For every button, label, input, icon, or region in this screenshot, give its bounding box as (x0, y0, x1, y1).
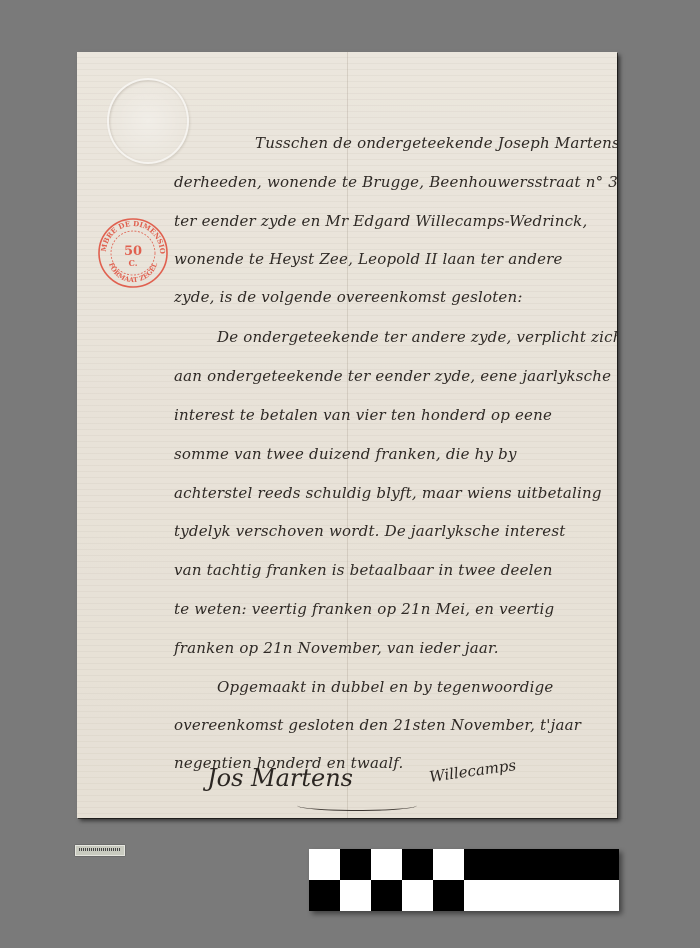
text-line: van tachtig franken is betaalbaar in twe… (174, 561, 553, 579)
calibration-cell (371, 849, 402, 880)
text-line: Tusschen de ondergeteekende Joseph Marte… (255, 134, 617, 152)
text-line: interest te betalen van vier ten honderd… (174, 406, 552, 424)
calibration-cell (402, 880, 433, 911)
calibration-cell (433, 880, 464, 911)
signature-martens: Jos Martens (207, 764, 353, 792)
calibration-cell (340, 880, 371, 911)
calibration-cell (309, 880, 340, 911)
revenue-stamp-icon: TIMBRE DE DIMENSION FORMAAT ZEGEL 50 C. (97, 217, 169, 289)
text-line: tydelyk verschoven wordt. De jaarlyksche… (174, 522, 566, 540)
text-line: wonende te Heyst Zee, Leopold II laan te… (174, 250, 563, 268)
signature-flourish (297, 800, 417, 811)
text-line: franken op 21n November, van ieder jaar. (174, 639, 499, 657)
text-line: De ondergeteekende ter andere zyde, verp… (217, 328, 617, 346)
calibration-cell (371, 880, 402, 911)
embossed-seal (107, 78, 189, 164)
document-page: TIMBRE DE DIMENSION FORMAAT ZEGEL 50 C. … (77, 52, 617, 818)
calibration-cell (402, 849, 433, 880)
barcode-label (75, 845, 125, 856)
text-line: zyde, is de volgende overeenkomst geslot… (174, 288, 523, 306)
stamp-value: 50 (124, 244, 142, 259)
calibration-cell (340, 849, 371, 880)
text-line: somme van twee duizend franken, die hy b… (174, 445, 517, 463)
calibration-cell (433, 849, 464, 880)
color-calibration-bar (309, 849, 619, 911)
fold-crease (347, 52, 348, 818)
text-line: Opgemaakt in dubbel en by tegenwoordige (217, 678, 553, 696)
text-line: ter eender zyde en Mr Edgard Willecamps-… (174, 212, 587, 230)
text-line: overeenkomst gesloten den 21sten Novembe… (174, 716, 581, 734)
signature-willecamps: Willecamps (428, 756, 517, 786)
stamp-unit: C. (128, 258, 137, 268)
text-line: achterstel reeds schuldig blyft, maar wi… (174, 484, 602, 502)
calibration-bar-white (464, 880, 619, 911)
calibration-cell (309, 849, 340, 880)
text-line: derheeden, wonende te Brugge, Beenhouwer… (174, 173, 617, 191)
calibration-bar-black (464, 849, 619, 880)
text-line: te weten: veertig franken op 21n Mei, en… (174, 600, 554, 618)
text-line: aan ondergeteekende ter eender zyde, een… (174, 367, 611, 385)
